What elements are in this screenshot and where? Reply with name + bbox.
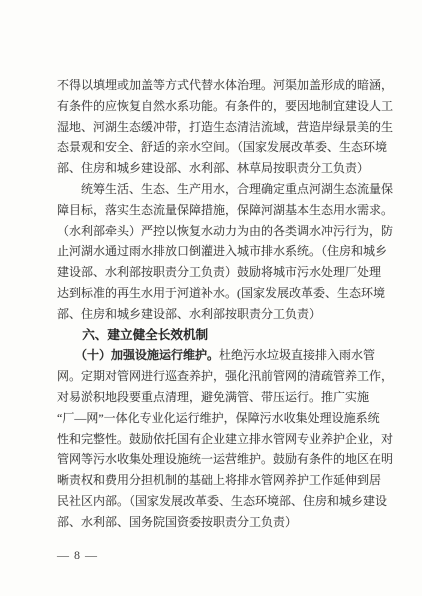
text-line: 有条件的应恢复自然水系功能。有条件的，要因地制宜建设人工 <box>57 96 393 117</box>
text-segment: 杜绝污水垃圾直接排入雨水管 <box>219 348 375 362</box>
text-line: （水利部牵头）严控以恢复水动力为由的各类调水冲污行为，防 <box>57 221 393 242</box>
text-line: 部、住房和城乡建设部、水利部、林草局按职责分工负责） <box>57 158 393 179</box>
text-line: 态景观和安全、舒适的亲水空间。（国家发展改革委、生态环境 <box>57 137 393 158</box>
text-line: 民社区内部。（国家发展改革委、生态环境部、住房和城乡建设 <box>57 491 393 512</box>
document-text-block: 不得以填埋或加盖等方式代替水体治理。河渠加盖形成的暗涵，有条件的应恢复自然水系功… <box>57 75 393 533</box>
text-line: 达到标准的再生水用于河道补水。(国家发展改革委、生态环境 <box>57 283 393 304</box>
text-line: 不得以填埋或加盖等方式代替水体治理。河渠加盖形成的暗涵， <box>57 75 393 96</box>
text-line: 晰责权和费用分担机制的基础上将排水管网养护工作延伸到居 <box>57 470 393 491</box>
text-line: “厂—网”一体化专业化运行维护，保障污水收集处理设施系统 <box>57 408 393 429</box>
text-line: 对易淤积地段要重点清理，避免满管、带压运行。推广实施 <box>57 387 393 408</box>
text-line: 管网等污水收集处理设施统一运营维护。鼓励有条件的地区在明 <box>57 449 393 470</box>
section-heading-line: 六、建立健全长效机制 <box>57 325 393 346</box>
text-line: （十）加强设施运行维护。杜绝污水垃圾直接排入雨水管 <box>57 345 393 366</box>
text-line: 统筹生活、生态、生产用水，合理确定重点河湖生态流量保 <box>57 179 393 200</box>
text-line: 湿地、河湖生态缓冲带，打造生态清洁流域，营造岸绿景美的生 <box>57 117 393 138</box>
document-page: 不得以填埋或加盖等方式代替水体治理。河渠加盖形成的暗涵，有条件的应恢复自然水系功… <box>0 0 422 596</box>
text-line: 性和完整性。鼓励依托国有企业建立排水管网专业养护企业，对 <box>57 429 393 450</box>
text-line: 障目标，落实生态流量保障措施，保障河湖基本生态用水需求。 <box>57 200 393 221</box>
page-number: — 8 — <box>57 547 98 563</box>
text-line: 止河湖水通过雨水排放口倒灌进入城市排水系统。（住房和城乡 <box>57 241 393 262</box>
text-line: 网。定期对管网进行巡查养护，强化汛前管网的清疏管养工作， <box>57 366 393 387</box>
text-line: 部、水利部、国务院国资委按职责分工负责） <box>57 512 393 533</box>
text-line: 建设部、水利部按职责分工负责）鼓励将城市污水处理厂处理 <box>57 262 393 283</box>
clause-title: （十）加强设施运行维护。 <box>57 348 219 362</box>
text-line: 部、住房和城乡建设部、水利部按职责分工负责） <box>57 304 393 325</box>
